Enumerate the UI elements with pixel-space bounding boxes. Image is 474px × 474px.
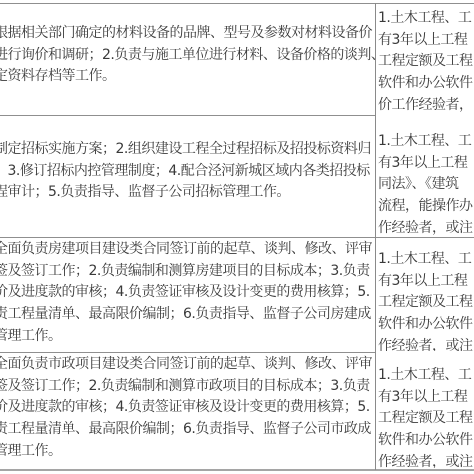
duty-cell-row-2: 制定招标实施方案；2.组织建设工程全过程招标及招投标资料归 3.修订招标内控管理… (0, 116, 375, 236)
duty-line: 签及签订工作；2.负责编制和测算房建项目的目标成本；3.负责 (0, 261, 375, 283)
requirement-line: 工程定额及工程 (378, 408, 474, 430)
requirement-line: 1.土木工程、工 (378, 131, 474, 153)
requirement-line: 软件和办公软件 (378, 430, 474, 452)
duty-line: 责工程量清单、最高限价编制；6.负责指导、监督子公司市政成 (0, 419, 375, 441)
job-duty-table: 根据相关部门确定的材料设备的品牌、型号及参数对材料设备价 进行询价和调研；2.负… (0, 0, 474, 474)
duty-line: 管理工作。 (0, 441, 375, 463)
duty-line: 全面负责房建项目建设类合同签订前的起草、谈判、修改、评审 (0, 239, 375, 261)
requirement-line: 软件和办公软件 (378, 314, 474, 336)
requirement-line: 软件和办公软件 (378, 73, 474, 95)
duty-line: 价及进度款的审核；4.负责签证审核及设计变更的费用核算；5. (0, 397, 375, 419)
duty-line: 管理工作。 (0, 326, 375, 348)
requirement-line: 同法》、《建筑 (378, 174, 474, 196)
duty-line: 价及进度款的审核；4.负责签证审核及设计变更的费用核算；5. (0, 282, 375, 304)
duty-cell-row-3: 全面负责房建项目建设类合同签订前的起草、谈判、修改、评审 签及签订工作；2.负责… (0, 239, 375, 351)
requirement-line: 有3年以上工程 (378, 30, 474, 52)
requirement-cell-row-2: 1.土木工程、工 有3年以上工程 同法》、《建筑 流程，能操作办 作经验者，或注 (378, 123, 474, 236)
requirement-line: 价工作经验者， (378, 95, 474, 114)
table-bottom-border (0, 469, 474, 471)
column-divider (375, 3, 376, 470)
requirement-line: 工程定额及工程 (378, 292, 474, 314)
duty-line: 根据相关部门确定的材料设备的品牌、型号及参数对材料设备价 (0, 23, 375, 45)
requirement-cell-row-3: 1.土木工程、工 有3年以上工程 工程定额及工程 软件和办公软件 作经验者，或注 (378, 243, 474, 351)
duty-line: 程审计；5.负责指导、监督子公司招标管理工作。 (0, 182, 375, 204)
duty-line: 全面负责市政项目建设类合同签订前的起草、谈判、修改、评审 (0, 354, 375, 376)
duty-line: 进行询价和调研；2.负责与施工单位进行材料、设备价格的谈判、 (0, 45, 375, 67)
requirement-line: 作经验者，或注 (378, 336, 474, 351)
duty-line: 定资料存档等工作。 (0, 66, 375, 88)
requirement-line: 1.土木工程、工 (378, 249, 474, 271)
requirement-line: 工程定额及工程 (378, 51, 474, 73)
requirement-line: 作经验者，或注 (378, 218, 474, 236)
duty-cell-row-4: 全面负责市政项目建设类合同签订前的起草、谈判、修改、评审 签及签订工作；2.负责… (0, 353, 375, 469)
requirement-line: 有3年以上工程 (378, 153, 474, 175)
duty-line: 责工程量清单、最高限价编制；6.负责指导、监督子公司房建成 (0, 304, 375, 326)
requirement-cell-row-1: 1.土木工程、工 有3年以上工程 工程定额及工程 软件和办公软件 价工作经验者， (378, 4, 474, 114)
requirement-line: 作经验者，或注 (378, 452, 474, 468)
requirement-line: 有3年以上工程 (378, 271, 474, 293)
requirement-line: 1.土木工程、工 (378, 365, 474, 387)
requirement-cell-row-4: 1.土木工程、工 有3年以上工程 工程定额及工程 软件和办公软件 作经验者，或注 (378, 358, 474, 468)
row-divider-2 (0, 237, 474, 238)
requirement-line: 流程，能操作办 (378, 196, 474, 218)
duty-line: 签及签订工作；2.负责编制和测算市政项目的目标成本；3.负责 (0, 376, 375, 398)
duty-line: 3.修订招标内控管理制度；4.配合泾河新城区域内各类招投标 (0, 161, 375, 183)
requirement-line: 有3年以上工程 (378, 387, 474, 409)
duty-cell-row-1: 根据相关部门确定的材料设备的品牌、型号及参数对材料设备价 进行询价和调研；2.负… (0, 4, 375, 114)
requirement-line: 1.土木工程、工 (378, 8, 474, 30)
duty-line: 制定招标实施方案；2.组织建设工程全过程招标及招投标资料归 (0, 139, 375, 161)
